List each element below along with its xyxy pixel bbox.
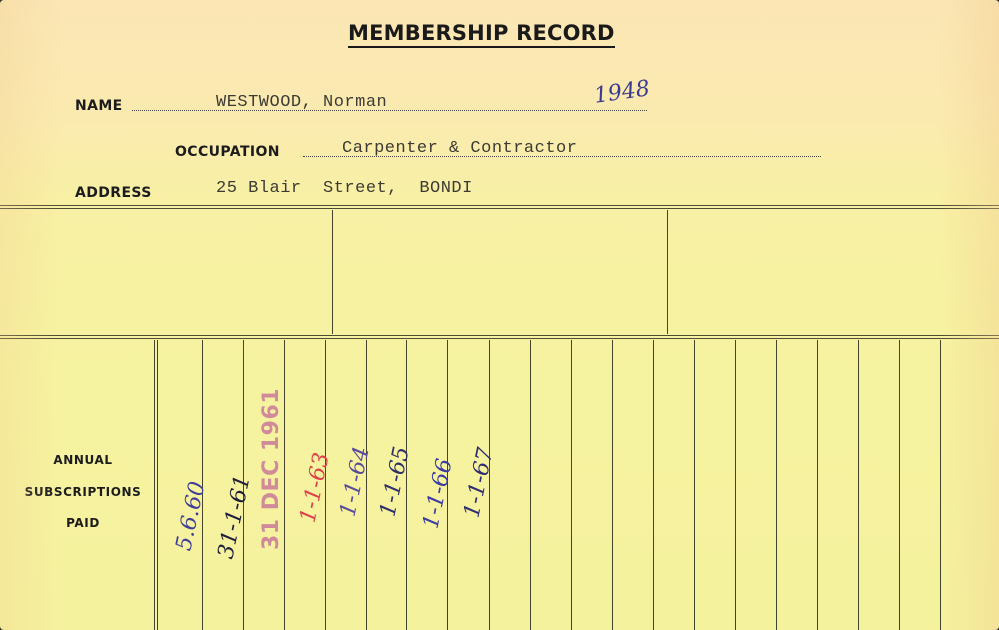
membership-card: MEMBERSHIP RECORD NAME WESTWOOD, Norman … xyxy=(0,0,999,630)
column-line xyxy=(530,340,531,630)
column-line xyxy=(571,340,572,630)
upper-double-rule-b xyxy=(0,208,999,209)
subscription-entry: 1-1-65 xyxy=(376,444,415,519)
column-line xyxy=(940,340,941,630)
subscriptions-label-line-2: SUBSCRIPTIONS xyxy=(8,485,158,499)
column-line xyxy=(817,340,818,630)
column-line xyxy=(284,340,285,630)
date-stamp: 31 DEC 1961 xyxy=(259,388,284,550)
column-line xyxy=(154,340,155,630)
address-value: 25 Blair Street, BONDI xyxy=(216,179,473,198)
column-line xyxy=(858,340,859,630)
column-line xyxy=(694,340,695,630)
subscription-entry: 31-1-61 xyxy=(214,473,256,561)
subscriptions-label-line-1: ANNUAL xyxy=(8,453,158,467)
name-label: NAME xyxy=(75,98,123,114)
upper-double-rule-a xyxy=(0,205,999,206)
column-line xyxy=(612,340,613,630)
subscription-entry: 1-1-64 xyxy=(336,444,375,519)
middle-divider-1 xyxy=(332,210,333,334)
lower-double-rule-b xyxy=(0,338,999,339)
subscription-entry: 5.6.60 xyxy=(172,479,211,553)
column-line xyxy=(776,340,777,630)
occupation-label: OCCUPATION xyxy=(175,144,280,160)
subscriptions-label-line-3: PAID xyxy=(8,516,158,530)
occupation-value: Carpenter & Contractor xyxy=(342,139,577,158)
year-annotation: 1948 xyxy=(593,76,652,109)
subscription-entry: 1-1-67 xyxy=(460,445,499,520)
column-line xyxy=(653,340,654,630)
column-line xyxy=(735,340,736,630)
name-value: WESTWOOD, Norman xyxy=(216,93,387,112)
column-line xyxy=(157,340,158,630)
middle-divider-2 xyxy=(667,210,668,334)
column-line xyxy=(899,340,900,630)
card-title: MEMBERSHIP RECORD xyxy=(348,20,615,48)
lower-double-rule-a xyxy=(0,335,999,336)
subscription-entry: 1-1-66 xyxy=(419,456,458,531)
address-label: ADDRESS xyxy=(75,185,152,201)
name-dotted-line xyxy=(132,110,647,111)
subscription-entry: 1-1-63 xyxy=(296,450,335,525)
